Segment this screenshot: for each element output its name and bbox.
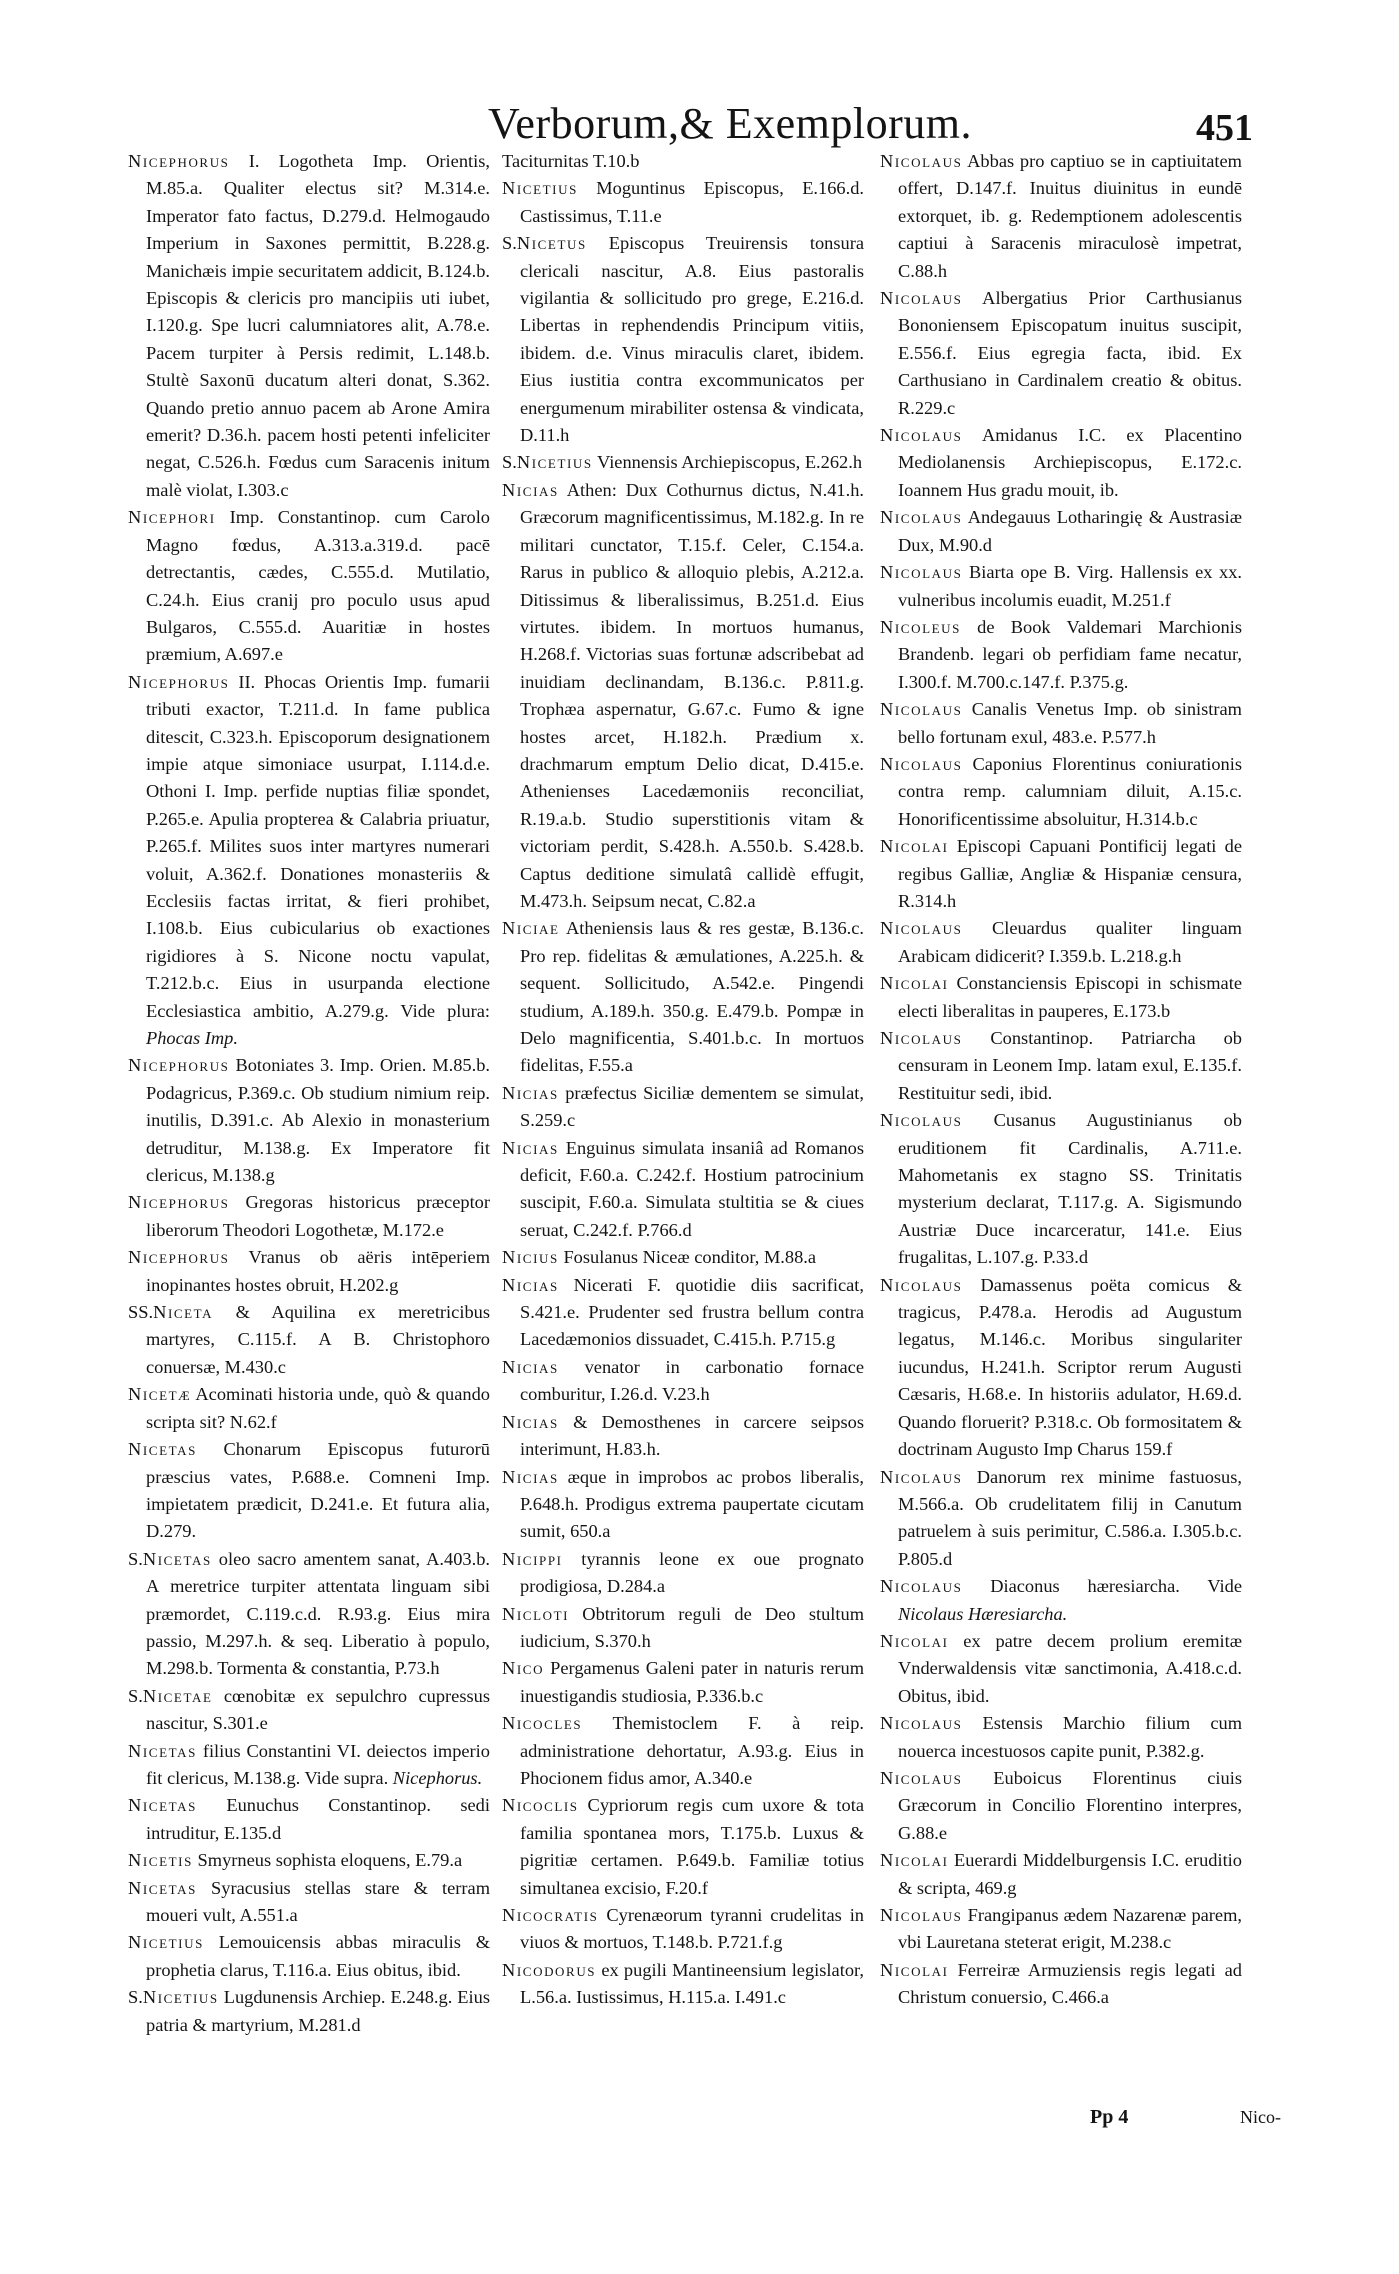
entry-headword: Nicolaus <box>880 1905 962 1925</box>
entry-text: II. Phocas Orientis Imp. fumarii tributi… <box>146 672 490 1021</box>
entry-headword: Nicoleus <box>880 617 961 637</box>
index-entry: S.Nicetius Viennensis Archiepiscopus, E.… <box>502 449 864 476</box>
index-entry: Nicius Fosulanus Niceæ conditor, M.88.a <box>502 1244 864 1271</box>
index-entry: Nicetius Moguntinus Episcopus, E.166.d. … <box>502 175 864 230</box>
page-number: 451 <box>1196 106 1253 150</box>
entry-text: ex patre decem prolium eremitæ Vnderwald… <box>898 1631 1242 1706</box>
index-entry: Nico Pergamenus Galeni pater in naturis … <box>502 1655 864 1710</box>
entry-headword: Nicolaus <box>880 1275 962 1295</box>
index-entry: Nicolaus Euboicus Florentinus ciuis Græc… <box>880 1765 1242 1847</box>
entry-headword: Niceta <box>153 1302 213 1322</box>
index-entry: S.Nicetas oleo sacro amentem sanat, A.40… <box>128 1546 490 1683</box>
entry-headword: Nicolaus <box>880 507 962 527</box>
index-entry: Nicolaus Diaconus hæresiarcha. Vide Nico… <box>880 1573 1242 1628</box>
index-page: Verborum,& Exemplorum. 451 Nicephorus I.… <box>0 0 1399 2274</box>
index-entry: Nicephorus I. Logotheta Imp. Orientis, M… <box>128 148 490 504</box>
entry-text: Enguinus simulata insaniâ ad Romanos def… <box>520 1138 864 1240</box>
entry-prefix: S. <box>502 233 517 253</box>
entry-headword: Nico <box>502 1658 544 1678</box>
entry-headword: Nicetae <box>143 1686 213 1706</box>
index-entry: Nicocles Themistoclem F. à reip. adminis… <box>502 1710 864 1792</box>
index-entry: Nicias Athen: Dux Cothurnus dictus, N.41… <box>502 477 864 916</box>
entry-headword: Nicias <box>502 1412 559 1432</box>
entry-headword: Nicolai <box>880 1960 949 1980</box>
entry-text: Smyrneus sophista eloquens, E.79.a <box>193 1850 462 1870</box>
index-column-2: Taciturnitas T.10.bNicetius Moguntinus E… <box>502 148 864 2012</box>
entry-headword: Nicephorus <box>128 1192 230 1212</box>
entry-text: Nicerati F. quotidie diis sacrificat, S.… <box>520 1275 864 1350</box>
entry-text: Fosulanus Niceæ conditor, M.88.a <box>559 1247 816 1267</box>
index-entry: Nicephorus Gregoras historicus præceptor… <box>128 1189 490 1244</box>
index-entry: Nicetas filius Constantini VI. deiectos … <box>128 1738 490 1793</box>
index-entry: Nicias Nicerati F. quotidie diis sacrifi… <box>502 1272 864 1354</box>
entry-headword: Nicolaus <box>880 1028 962 1048</box>
entry-headword: Nicetius <box>517 452 593 472</box>
index-entry: Nicolai Euerardi Middelburgensis I.C. er… <box>880 1847 1242 1902</box>
entry-headword: Niciae <box>502 918 560 938</box>
entry-text: Cusanus Augustinianus ob eruditionem fit… <box>898 1110 1242 1267</box>
index-entry: Nicocratis Cyrenæorum tyranni crudelitas… <box>502 1902 864 1957</box>
entry-headword: Nicetas <box>128 1439 197 1459</box>
entry-headword: Nicolai <box>880 973 949 993</box>
entry-headword: Nicolaus <box>880 699 962 719</box>
index-entry: Nicetis Smyrneus sophista eloquens, E.79… <box>128 1847 490 1874</box>
entry-headword: Nicias <box>502 480 559 500</box>
entry-text: præfectus Siciliæ dementem se simulat, S… <box>520 1083 864 1130</box>
index-entry: Nicolaus Abbas pro captiuo se in captiui… <box>880 148 1242 285</box>
index-entry: S.Nicetae cœnobitæ ex sepulchro cupressu… <box>128 1683 490 1738</box>
entry-text: & Demosthenes in carcere seipsos interim… <box>520 1412 864 1459</box>
entry-headword: Nicias <box>502 1275 559 1295</box>
entry-text: Constanciensis Episcopi in schismate ele… <box>898 973 1242 1020</box>
signature-mark: Pp 4 <box>1090 2104 1128 2130</box>
index-entry: Nicolaus Estensis Marchio filium cum nou… <box>880 1710 1242 1765</box>
index-entry: S.Nicetus Episcopus Treuirensis tonsura … <box>502 230 864 449</box>
entry-headword: Nicetas <box>128 1795 197 1815</box>
entry-text: Episcopi Capuani Pontificij legati de re… <box>898 836 1242 911</box>
index-entry: Nicolai ex patre decem prolium eremitæ V… <box>880 1628 1242 1710</box>
index-entry: Nicias venator in carbonatio fornace com… <box>502 1354 864 1409</box>
index-entry: Nicetæ Acominati historia unde, quò & qu… <box>128 1381 490 1436</box>
entry-text: Pergamenus Galeni pater in naturis rerum… <box>520 1658 864 1705</box>
index-entry: Nicephorus Botoniates 3. Imp. Orien. M.8… <box>128 1052 490 1189</box>
index-column-1: Nicephorus I. Logotheta Imp. Orientis, M… <box>128 148 490 2039</box>
index-entry: Nicolaus Damassenus poëta comicus & trag… <box>880 1272 1242 1464</box>
entry-prefix: SS. <box>128 1302 153 1322</box>
entry-headword: Nicolai <box>880 836 949 856</box>
entry-text: Diaconus hæresiarcha. Vide <box>962 1576 1242 1596</box>
entry-headword: Nicolaus <box>880 425 962 445</box>
entry-text: tyrannis leone ex oue prognato prodigios… <box>520 1549 864 1596</box>
entry-text: Chonarum Episcopus futurorū præscius vat… <box>146 1439 490 1541</box>
index-entry: Nicolaus Canalis Venetus Imp. ob sinistr… <box>880 696 1242 751</box>
index-entry: Nicias æque in improbos ac probos libera… <box>502 1464 864 1546</box>
entry-headword: Nicetius <box>502 178 578 198</box>
index-entry: Nicolaus Andegauus Lotharingię & Austras… <box>880 504 1242 559</box>
entry-headword: Nicolaus <box>880 288 962 308</box>
entry-text: Eunuchus Constantinop. sedi intruditur, … <box>146 1795 490 1842</box>
entry-text: Damassenus poëta comicus & tragicus, P.4… <box>898 1275 1242 1459</box>
entry-text: Taciturnitas T.10.b <box>502 151 639 171</box>
index-entry: Nicetius Lemouicensis abbas miraculis & … <box>128 1929 490 1984</box>
index-entry: Nicetas Eunuchus Constantinop. sedi intr… <box>128 1792 490 1847</box>
index-entry: Niciae Atheniensis laus & res gestæ, B.1… <box>502 915 864 1079</box>
entry-cross-reference: Nicephorus. <box>393 1768 482 1788</box>
entry-text: Imp. Constantinop. cum Carolo Magno fœdu… <box>146 507 490 664</box>
entry-headword: Nicolai <box>880 1850 949 1870</box>
catchword: Nico- <box>1240 2104 1281 2130</box>
entry-headword: Nicetus <box>517 233 587 253</box>
entry-headword: Nicetius <box>143 1987 219 2007</box>
index-entry: Nicoleus de Book Valdemari Marchionis Br… <box>880 614 1242 696</box>
index-entry: Nicias Enguinus simulata insaniâ ad Roma… <box>502 1135 864 1245</box>
index-entry: Nicolaus Caponius Florentinus coniuratio… <box>880 751 1242 833</box>
entry-headword: Nicolaus <box>880 918 962 938</box>
index-entry: Nicolaus Danorum rex minime fastuosus, M… <box>880 1464 1242 1574</box>
entry-text: Ferreiræ Armuziensis regis legati ad Chr… <box>898 1960 1242 2007</box>
entry-cross-reference: Nicolaus Hæresiarcha. <box>898 1604 1067 1624</box>
index-entry: Nicloti Obtritorum reguli de Deo stultum… <box>502 1601 864 1656</box>
entry-headword: Nicolaus <box>880 1713 962 1733</box>
entry-headword: Nicolaus <box>880 1768 962 1788</box>
entry-headword: Nicetius <box>128 1932 204 1952</box>
index-entry: Nicolaus Frangipanus ædem Nazarenæ parem… <box>880 1902 1242 1957</box>
index-entry: Nicolai Ferreiræ Armuziensis regis legat… <box>880 1957 1242 2012</box>
entry-headword: Nicolaus <box>880 754 962 774</box>
index-entry: Nicolaus Cusanus Augustinianus ob erudit… <box>880 1107 1242 1271</box>
index-entry: Nicolaus Cleuardus qualiter linguam Arab… <box>880 915 1242 970</box>
index-entry: Nicetas Syracusius stellas stare & terra… <box>128 1875 490 1930</box>
index-entry: Nicolaus Biarta ope B. Virg. Hallensis e… <box>880 559 1242 614</box>
entry-headword: Nicolaus <box>880 1467 962 1487</box>
entry-headword: Nicephorus <box>128 151 230 171</box>
entry-prefix: S. <box>128 1549 143 1569</box>
entry-headword: Nicius <box>502 1247 559 1267</box>
entry-text: Syracusius stellas stare & terram moueri… <box>146 1878 490 1925</box>
entry-headword: Nicolaus <box>880 1110 962 1130</box>
entry-headword: Nicolaus <box>880 562 962 582</box>
index-entry: Nicolai Episcopi Capuani Pontificij lega… <box>880 833 1242 915</box>
entry-headword: Nicetæ <box>128 1384 191 1404</box>
index-entry: Nicolaus Constantinop. Patriarcha ob cen… <box>880 1025 1242 1107</box>
entry-text: Viennensis Archiepiscopus, E.262.h <box>593 452 862 472</box>
index-entry: Nicephorus Vranus ob aëris intēperiem in… <box>128 1244 490 1299</box>
entry-text: Episcopus Treuirensis tonsura clericali … <box>520 233 864 445</box>
index-entry: Nicoclis Cypriorum regis cum uxore & tot… <box>502 1792 864 1902</box>
entry-text: æque in improbos ac probos liberalis, P.… <box>520 1467 864 1542</box>
entry-headword: Nicolaus <box>880 1576 962 1596</box>
entry-prefix: S. <box>502 452 517 472</box>
entry-headword: Nicephori <box>128 507 216 527</box>
entry-headword: Nicocratis <box>502 1905 598 1925</box>
index-entry: Nicippi tyrannis leone ex oue prognato p… <box>502 1546 864 1601</box>
entry-cross-reference: Phocas Imp. <box>146 1028 238 1048</box>
entry-headword: Nicetas <box>128 1878 197 1898</box>
index-entry: Nicias præfectus Siciliæ dementem se sim… <box>502 1080 864 1135</box>
entry-text: venator in carbonatio fornace comburitur… <box>520 1357 864 1404</box>
entry-headword: Nicephorus <box>128 1247 230 1267</box>
entry-headword: Nicetis <box>128 1850 193 1870</box>
entry-headword: Nicias <box>502 1138 559 1158</box>
index-entry: Nicias & Demosthenes in carcere seipsos … <box>502 1409 864 1464</box>
entry-prefix: S. <box>128 1987 143 2007</box>
running-head: Verborum,& Exemplorum. <box>370 98 1090 150</box>
entry-headword: Nicloti <box>502 1604 569 1624</box>
entry-headword: Nicias <box>502 1357 559 1377</box>
entry-headword: Nicolai <box>880 1631 949 1651</box>
index-entry: Nicolaus Amidanus I.C. ex Placentino Med… <box>880 422 1242 504</box>
entry-headword: Nicetas <box>128 1741 197 1761</box>
entry-headword: Nicippi <box>502 1549 563 1569</box>
entry-headword: Nicias <box>502 1467 559 1487</box>
index-entry: SS.Niceta & Aquilina ex meretricibus mar… <box>128 1299 490 1381</box>
entry-text: Atheniensis laus & res gestæ, B.136.c. P… <box>520 918 864 1075</box>
index-entry: S.Nicetius Lugdunensis Archiep. E.248.g.… <box>128 1984 490 2039</box>
entry-headword: Nicoclis <box>502 1795 579 1815</box>
entry-text: I. Logotheta Imp. Orientis, M.85.a. Qual… <box>146 151 490 500</box>
index-entry: Nicolaus Albergatius Prior Carthusianus … <box>880 285 1242 422</box>
entry-text: Acominati historia unde, quò & quando sc… <box>146 1384 490 1431</box>
entry-prefix: S. <box>128 1686 143 1706</box>
entry-headword: Nicolaus <box>880 151 962 171</box>
entry-text: Euerardi Middelburgensis I.C. eruditio &… <box>898 1850 1242 1897</box>
entry-headword: Nicias <box>502 1083 559 1103</box>
index-entry: Nicetas Chonarum Episcopus futurorū præs… <box>128 1436 490 1546</box>
entry-headword: Nicetas <box>143 1549 212 1569</box>
index-column-3: Nicolaus Abbas pro captiuo se in captiui… <box>880 148 1242 2012</box>
index-entry: Nicephorus II. Phocas Orientis Imp. fuma… <box>128 669 490 1053</box>
entry-headword: Nicephorus <box>128 1055 230 1075</box>
entry-text: Athen: Dux Cothurnus dictus, N.41.h. Græ… <box>520 480 864 911</box>
index-entry: Nicolai Constanciensis Episcopi in schis… <box>880 970 1242 1025</box>
entry-text: Obtritorum reguli de Deo stultum iudiciu… <box>520 1604 864 1651</box>
entry-headword: Nicodorus <box>502 1960 596 1980</box>
index-entry: Nicephori Imp. Constantinop. cum Carolo … <box>128 504 490 668</box>
entry-headword: Nicocles <box>502 1713 582 1733</box>
index-entry: Taciturnitas T.10.b <box>502 148 864 175</box>
entry-headword: Nicephorus <box>128 672 230 692</box>
index-entry: Nicodorus ex pugili Mantineensium legisl… <box>502 1957 864 2012</box>
